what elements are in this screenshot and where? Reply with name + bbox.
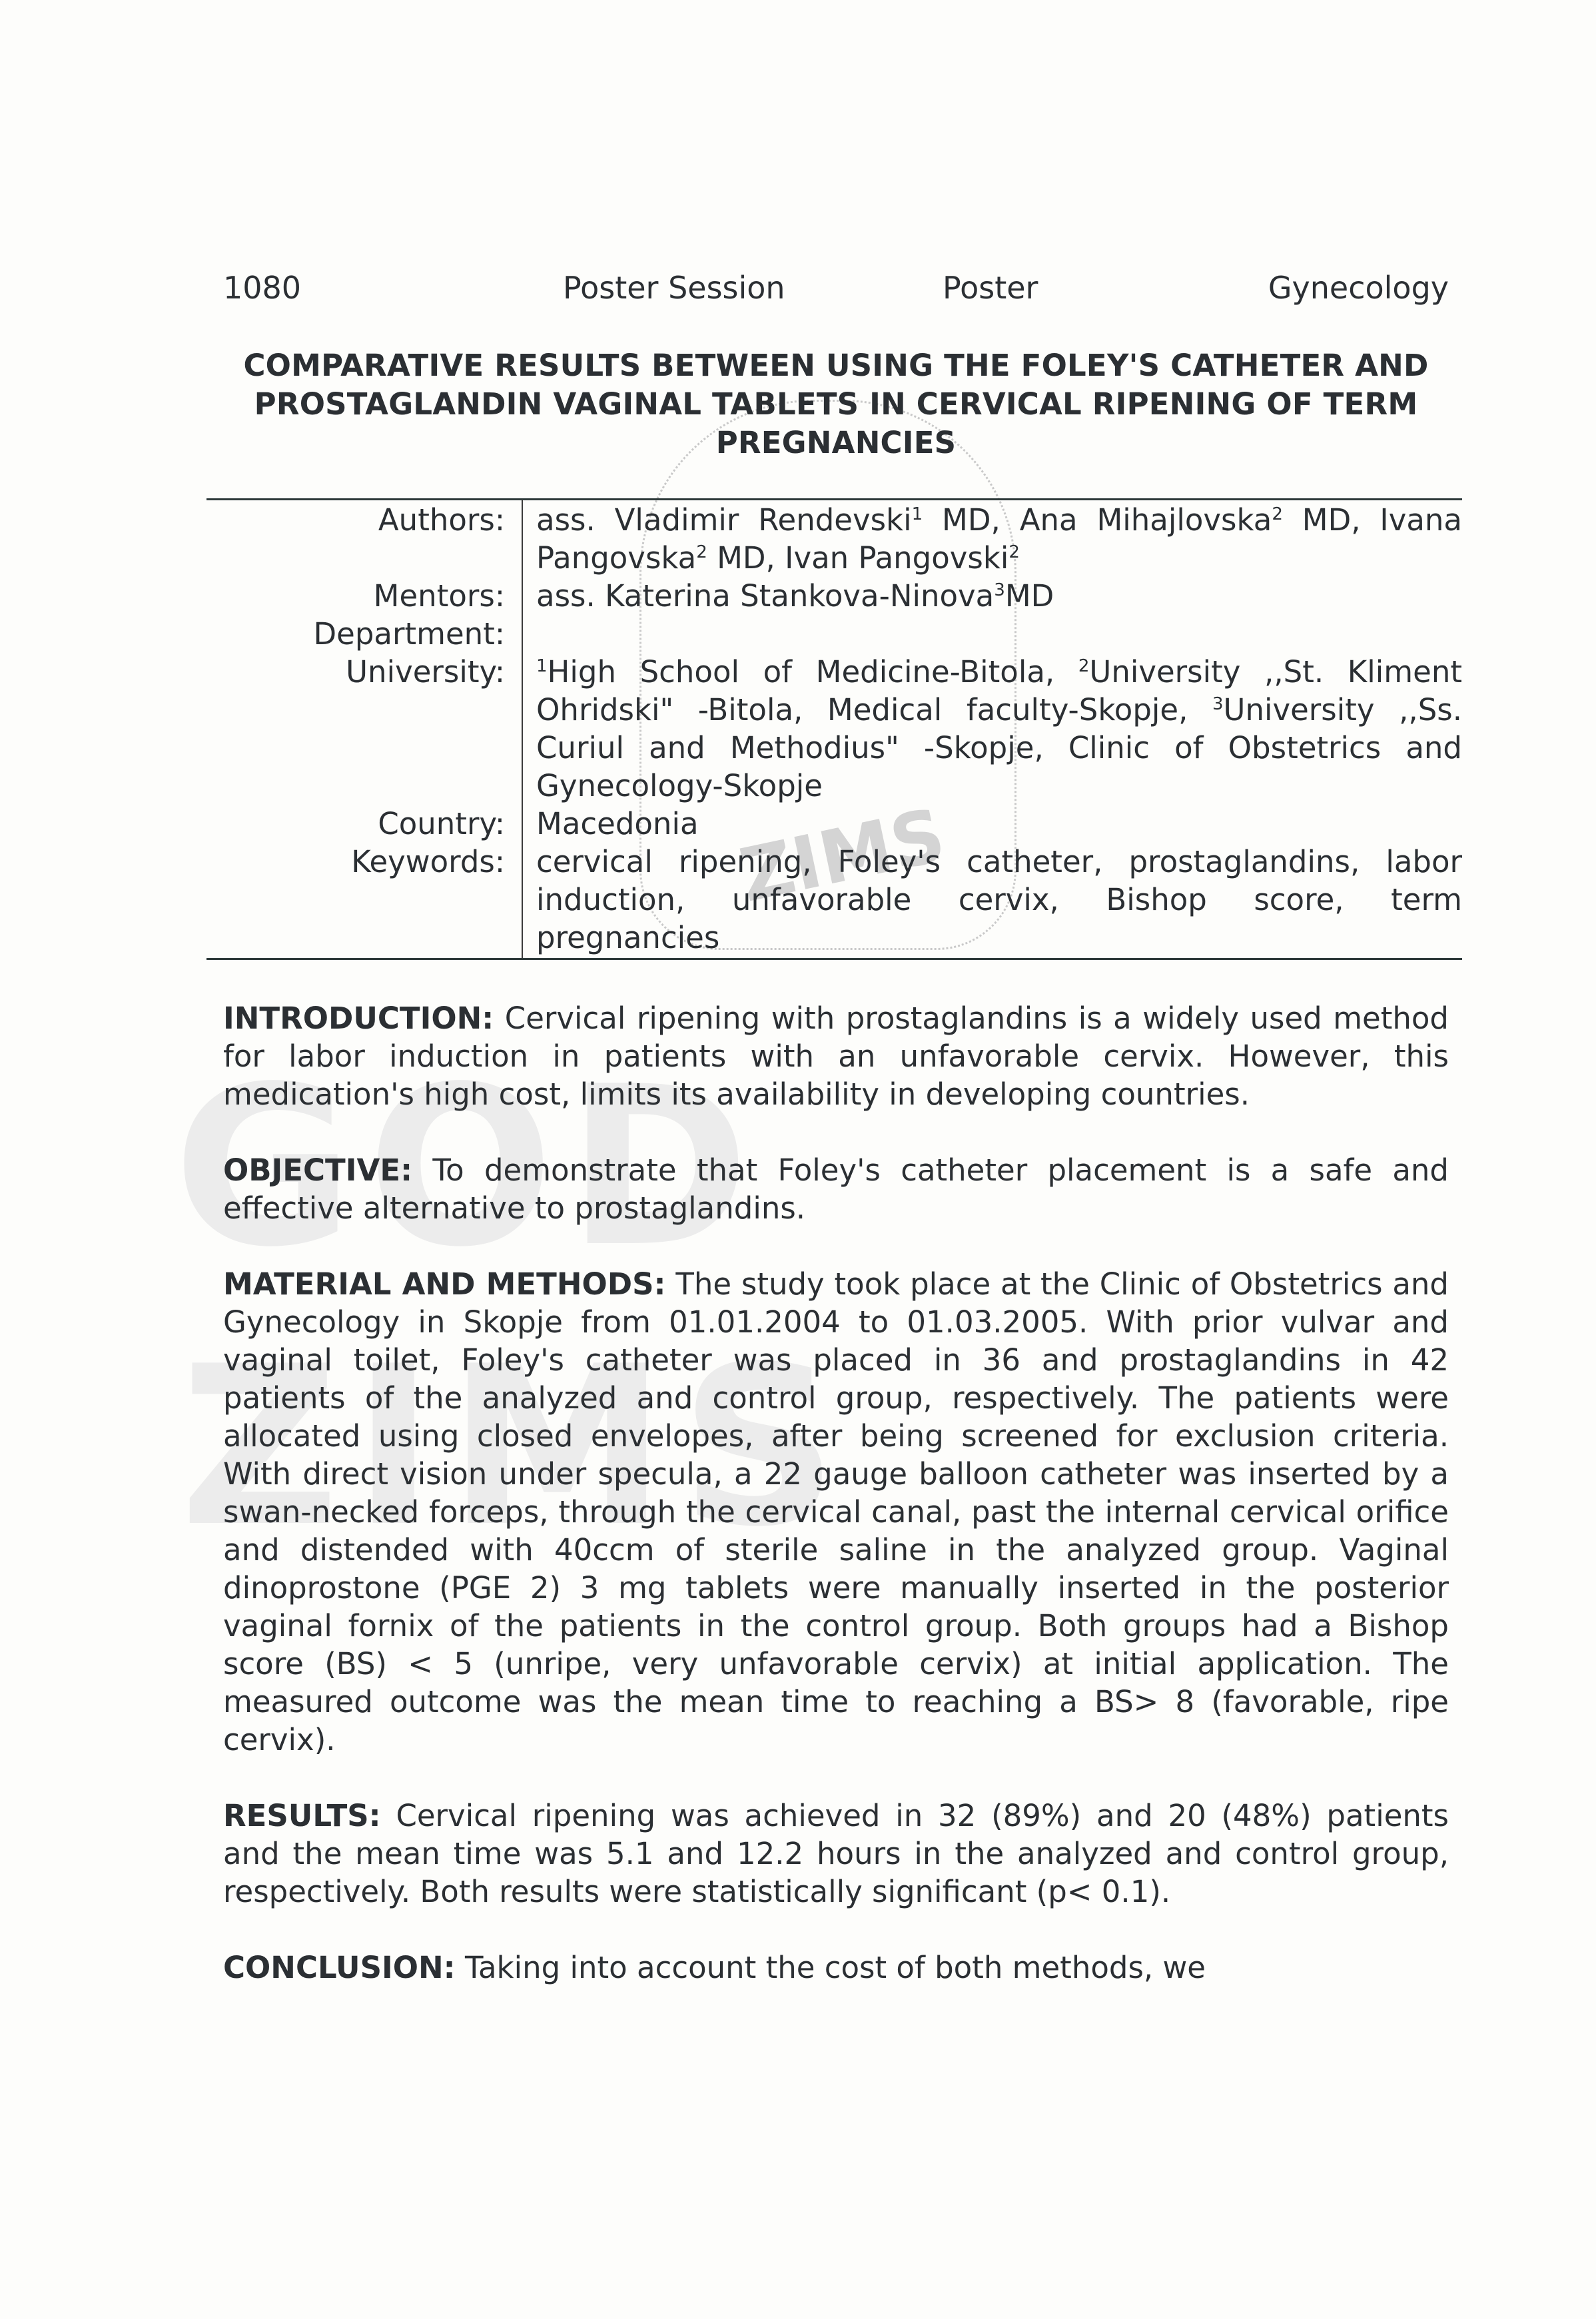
meta-table-bottom-rule (206, 958, 1462, 960)
conclusion-section: CONCLUSION: Taking into account the cost… (223, 1949, 1449, 1987)
author-name: ass. Vladimir Rendevski (536, 502, 912, 538)
author-name: Ana Mihajlovska (1020, 502, 1272, 538)
department-row: Department: (206, 615, 1462, 653)
country-row: Country: Macedonia (206, 805, 1462, 843)
university-value: 1High School of Medicine-Bitola, 2Univer… (522, 653, 1462, 805)
author-suffix: MD, (923, 502, 1020, 538)
mentors-value: ass. Katerina Stankova-Ninova3MD (522, 577, 1462, 615)
author-suffix: MD, (707, 540, 785, 576)
presentation-type: Poster (943, 270, 1038, 306)
mentor-affiliation: 3 (994, 580, 1005, 600)
field-label: Gynecology (1268, 270, 1449, 306)
department-value (522, 615, 1462, 653)
objective-section: OBJECTIVE: To demonstrate that Foley's c… (223, 1151, 1449, 1227)
objective-heading: OBJECTIVE: (223, 1153, 412, 1188)
mentor-name: ass. Katerina Stankova-Ninova (536, 578, 994, 614)
keywords-label: Keywords: (206, 843, 522, 957)
introduction-section: INTRODUCTION: Cervical ripening with pro… (223, 999, 1449, 1113)
session-label: Poster Session (563, 270, 785, 306)
authors-row: Authors: ass. Vladimir Rendevski1 MD, An… (206, 501, 1462, 577)
university-label: University: (206, 653, 522, 805)
mentors-row: Mentors: ass. Katerina Stankova-Ninova3M… (206, 577, 1462, 615)
author-affiliation: 1 (912, 504, 923, 524)
mentors-label: Mentors: (206, 577, 522, 615)
abstract-body: INTRODUCTION: Cervical ripening with pro… (223, 999, 1449, 2025)
meta-table: Authors: ass. Vladimir Rendevski1 MD, An… (206, 501, 1462, 957)
university-row: University: 1High School of Medicine-Bit… (206, 653, 1462, 805)
affiliation-number: 1 (536, 656, 548, 676)
affiliation-number: 2 (1078, 656, 1090, 676)
results-text: Cervical ripening was achieved in 32 (89… (223, 1798, 1449, 1909)
author-affiliation: 2 (1008, 542, 1020, 562)
page-header: 1080 Poster Session Poster Gynecology (223, 270, 1449, 310)
authors-label: Authors: (206, 501, 522, 577)
affiliation-number: 3 (1212, 694, 1224, 714)
paper-title: COMPARATIVE RESULTS BETWEEN USING THE FO… (213, 346, 1459, 462)
methods-text: The study took place at the Clinic of Ob… (223, 1266, 1449, 1757)
country-label: Country: (206, 805, 522, 843)
author-affiliation: 2 (1272, 504, 1283, 524)
author-name: Ivan Pangovski (785, 540, 1008, 576)
methods-heading: MATERIAL AND METHODS: (223, 1266, 666, 1302)
country-value: Macedonia (522, 805, 1462, 843)
page-number: 1080 (223, 270, 301, 306)
keywords-value: cervical ripening, Foley's catheter, pro… (522, 843, 1462, 957)
author-suffix: MD, (1283, 502, 1380, 538)
affiliation-text: High School of Medicine-Bitola, (548, 654, 1078, 690)
conclusion-text: Taking into account the cost of both met… (456, 1950, 1206, 1985)
mentor-suffix: MD (1005, 578, 1054, 614)
author-affiliation: 2 (696, 542, 707, 562)
authors-value: ass. Vladimir Rendevski1 MD, Ana Mihajlo… (522, 501, 1462, 577)
keywords-row: Keywords: cervical ripening, Foley's cat… (206, 843, 1462, 957)
introduction-heading: INTRODUCTION: (223, 1001, 494, 1036)
conclusion-heading: CONCLUSION: (223, 1950, 456, 1985)
meta-table-top-rule (206, 498, 1462, 500)
results-section: RESULTS: Cervical ripening was achieved … (223, 1797, 1449, 1911)
department-label: Department: (206, 615, 522, 653)
methods-section: MATERIAL AND METHODS: The study took pla… (223, 1265, 1449, 1759)
results-heading: RESULTS: (223, 1798, 381, 1833)
